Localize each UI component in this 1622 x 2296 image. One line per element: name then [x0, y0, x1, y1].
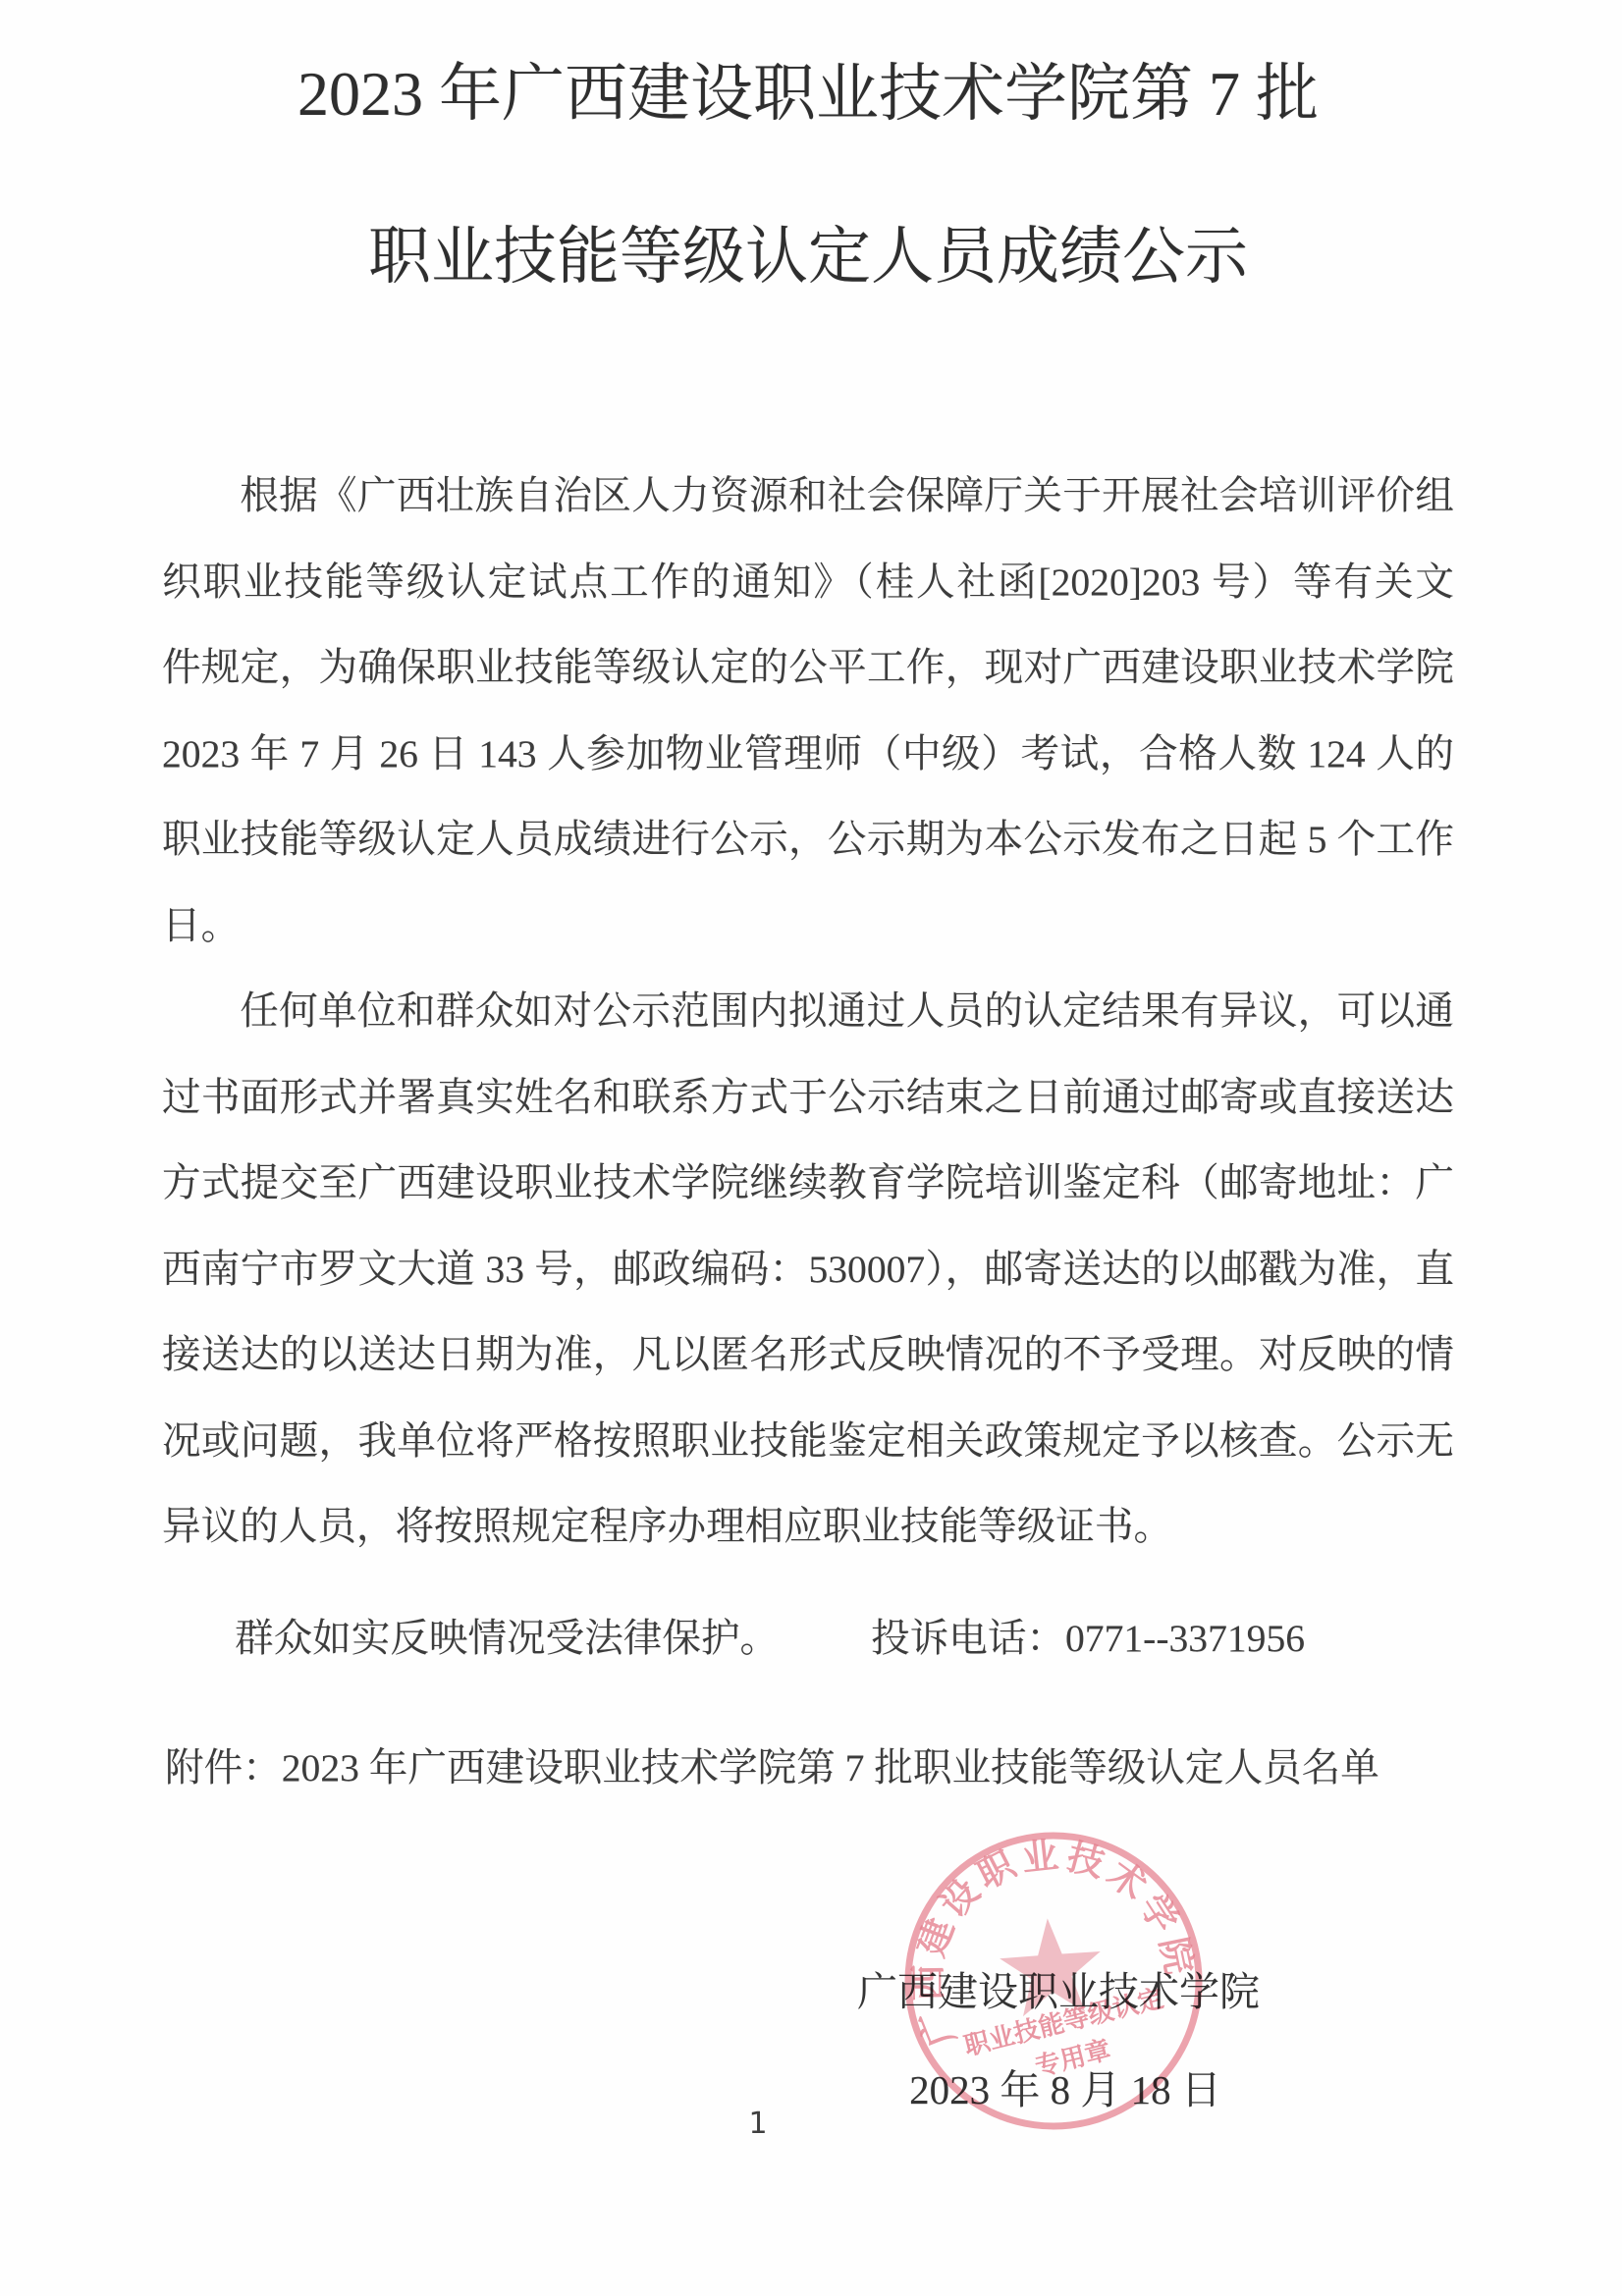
official-seal: 广西建设职业技术学院 职业技能等级认定 专用章 [896, 1824, 1211, 2138]
legal-statement: 群众如实反映情况受法律保护。 [235, 1617, 779, 1660]
legal-protection-line: 群众如实反映情况受法律保护。投诉电话：0771--3371956 [162, 1607, 1454, 1663]
paragraph-1: 根据《广西壮族自治区人力资源和社会保障厅关于开展社会培训评价组 织职业技能等级认… [162, 454, 1454, 969]
paragraph-line: 织职业技能等级认定试点工作的通知》（桂人社函[2020]203 号）等有关文 [162, 540, 1454, 626]
paragraph-line: 任何单位和群众如对公示范围内拟通过人员的认定结果有异议，可以通 [162, 969, 1454, 1055]
paragraph-line: 况或问题，我单位将严格按照职业技能鉴定相关政策规定予以核查。公示无 [162, 1399, 1454, 1485]
scanned-notice-page: 2023 年广西建设职业技术学院第 7 批 职业技能等级认定人员成绩公示 根据《… [0, 0, 1622, 2296]
document-title-line-1: 2023 年广西建设职业技术学院第 7 批 [162, 55, 1454, 133]
complaint-phone: 投诉电话：0771--3371956 [871, 1617, 1305, 1660]
paragraph-line: 职业技能等级认定人员成绩进行公示，公示期为本公示发布之日起 5 个工作 [162, 797, 1454, 883]
paragraph-line: 异议的人员，将按照规定程序办理相应职业技能等级证书。 [162, 1484, 1454, 1571]
paragraph-line: 接送达的以送达日期为准，凡以匿名形式反映情况的不予受理。对反映的情 [162, 1312, 1454, 1399]
paragraph-line: 过书面形式并署真实姓名和联系方式于公示结束之日前通过邮寄或直接送达 [162, 1055, 1454, 1142]
paragraph-line: 日。 [162, 883, 1454, 970]
paragraph-line: 根据《广西壮族自治区人力资源和社会保障厅关于开展社会培训评价组 [162, 454, 1454, 540]
paragraph-line: 西南宁市罗文大道 33 号，邮政编码：530007），邮寄送达的以邮戳为准，直 [162, 1227, 1454, 1313]
document-title-line-2: 职业技能等级认定人员成绩公示 [162, 218, 1454, 296]
paragraph-line: 方式提交至广西建设职业技术学院继续教育学院培训鉴定科（邮寄地址：广 [162, 1141, 1454, 1227]
attachment-note: 附件：2023 年广西建设职业技术学院第 7 批职业技能等级认定人员名单 [165, 1736, 1540, 1792]
paragraph-line: 件规定，为确保职业技能等级认定的公平工作，现对广西建设职业技术学院 [162, 625, 1454, 712]
document-body: 根据《广西壮族自治区人力资源和社会保障厅关于开展社会培训评价组 织职业技能等级认… [162, 454, 1454, 1571]
paragraph-line: 2023 年 7 月 26 日 143 人参加物业管理师（中级）考试，合格人数 … [162, 712, 1454, 798]
paragraph-2: 任何单位和群众如对公示范围内拟通过人员的认定结果有异议，可以通 过书面形式并署真… [162, 969, 1454, 1571]
page-number: 1 [738, 2107, 778, 2141]
